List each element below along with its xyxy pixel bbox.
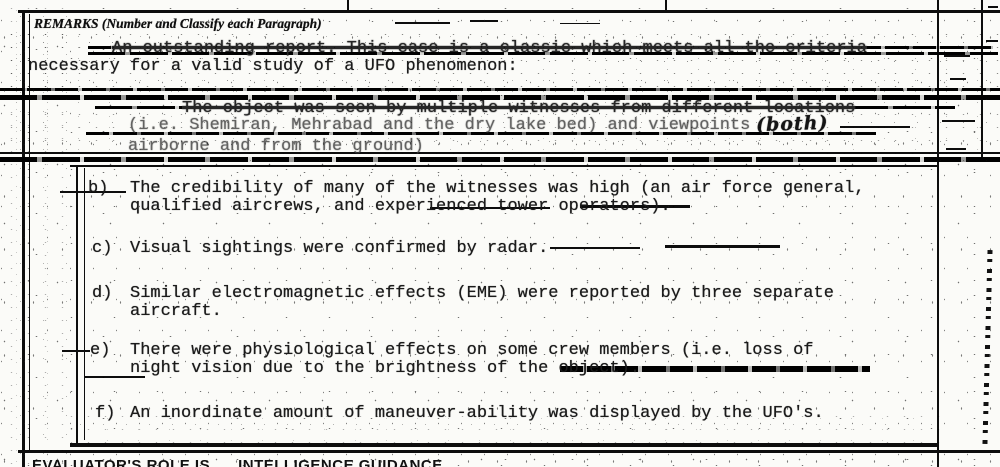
- item-d-label: d): [92, 285, 112, 303]
- item-e-line2: night vision due to the brightness of th…: [130, 360, 640, 378]
- margin-mark: [942, 120, 975, 122]
- item-c-label: c): [92, 240, 112, 258]
- item-b-label: b): [88, 180, 108, 198]
- remarks-box-top-border: [18, 10, 1000, 13]
- item-e-label: e): [90, 342, 110, 360]
- margin-mark: [946, 148, 966, 150]
- inner-box-top-border: [70, 165, 938, 167]
- footer-top-border: [18, 450, 1000, 453]
- handwritten-annotation: (both): [756, 112, 829, 137]
- section-rule-thick: [0, 157, 1000, 162]
- ink-smear: [560, 23, 600, 24]
- inner-box-bottom-border: [70, 443, 938, 447]
- margin-mark: [986, 40, 998, 42]
- item-b-line1: The credibility of many of the witnesses…: [130, 180, 865, 198]
- scanned-document-page: REMARKS (Number and Classify each Paragr…: [0, 0, 1000, 467]
- item-f-line1: An inordinate amount of maneuver-ability…: [130, 405, 824, 423]
- item-c-line1: Visual sightings were confirmed by radar…: [130, 240, 548, 258]
- item-f-label: f): [95, 405, 115, 423]
- smear-band-line: [0, 88, 1000, 91]
- margin-mark: [988, 6, 998, 8]
- ink-smear: [840, 126, 910, 128]
- margin-mark: [950, 78, 966, 80]
- ink-smear: [470, 20, 498, 22]
- form-right-border: [937, 0, 939, 467]
- inner-box-left-border-inner: [84, 168, 85, 440]
- ink-smear: [62, 350, 90, 352]
- item-e-line1: There were physiological effects on some…: [130, 342, 814, 360]
- form-right-border-secondary: [981, 0, 983, 162]
- margin-mark: [944, 55, 970, 57]
- inner-box-left-border-outer: [76, 165, 78, 445]
- item-d-line2: aircraft.: [130, 303, 222, 321]
- margin-scribble: [982, 250, 992, 444]
- form-left-border-outer: [22, 10, 25, 467]
- intro-line2: necessary for a valid study of a UFO phe…: [28, 58, 518, 76]
- ink-smear: [550, 247, 640, 249]
- form-left-border-inner: [29, 14, 30, 450]
- item-a-line2: (i.e. Shemiran, Mehrabad and the dry lak…: [128, 117, 750, 135]
- item-d-line1: Similar electromagnetic effects (EME) we…: [130, 285, 834, 303]
- ink-smear: [665, 245, 780, 248]
- item-b-line2: qualified aircrews, and experienced towe…: [130, 198, 671, 216]
- top-row-divider-1: [347, 0, 349, 10]
- remarks-field-label: REMARKS (Number and Classify each Paragr…: [34, 16, 322, 32]
- item-a-line3: airborne and from the ground): [128, 138, 424, 156]
- top-row-divider-2: [665, 0, 667, 10]
- ink-smear: [395, 22, 450, 24]
- footer-row-label-cropped: EVALUATOR'S ROLE IS INTELLIGENCE GUIDANC…: [32, 457, 443, 467]
- intro-line1: An outstanding report. This case is a cl…: [112, 40, 867, 58]
